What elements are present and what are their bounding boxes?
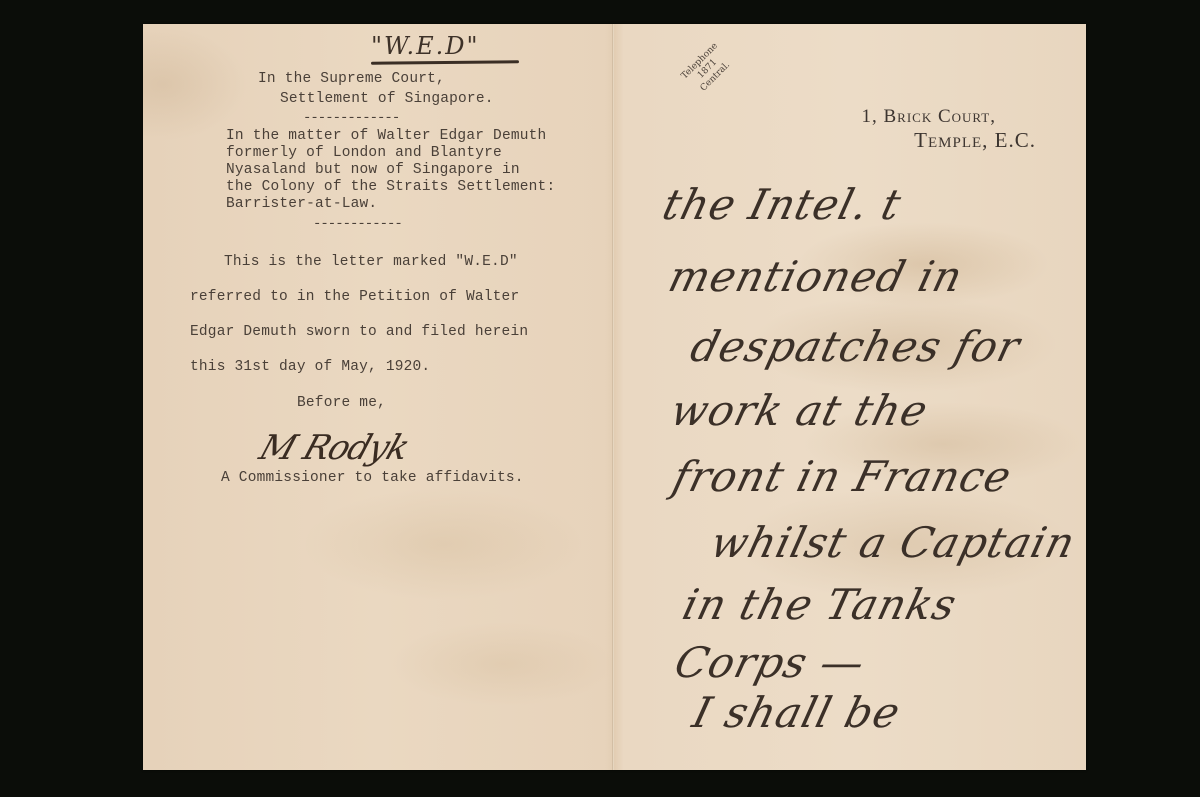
matter-line: the Colony of the Straits Settlement: — [226, 179, 555, 195]
commissioner-signature: M Rodyk — [255, 428, 414, 468]
before-me: Before me, — [297, 395, 386, 411]
court-line-1: In the Supreme Court, — [258, 71, 445, 87]
separator-top: ------------- — [303, 110, 399, 126]
letterhead-address: 1, Brick Court, Temple, E.C. — [861, 106, 1036, 153]
handwritten-line: I shall be — [688, 688, 906, 737]
body-line: This is the letter marked "W.E.D" — [224, 254, 518, 270]
separator-bottom: ------------ — [313, 216, 402, 232]
handwritten-line: mentioned in — [664, 252, 968, 301]
handwritten-line: Corps — — [670, 638, 871, 687]
handwritten-line: despatches for — [686, 322, 1026, 371]
body-line: this 31st day of May, 1920. — [190, 359, 430, 375]
matter-line: In the matter of Walter Edgar Demuth — [226, 128, 546, 144]
commissioner-line: A Commissioner to take affidavits. — [221, 470, 524, 486]
letter-sheet: "W.E.D" In the Supreme Court, Settlement… — [143, 24, 1086, 770]
handwritten-line: in the Tanks — [678, 580, 962, 629]
address-line-2: Temple, E.C. — [861, 128, 1036, 153]
letterhead-telephone: Telephone 1871 Central. — [668, 29, 748, 109]
exhibit-mark: "W.E.D" — [371, 32, 480, 60]
court-line-2: Settlement of Singapore. — [280, 91, 494, 107]
exhibit-mark-underline — [371, 60, 519, 65]
address-line-1: 1, Brick Court, — [861, 106, 996, 128]
handwritten-line: work at the — [666, 386, 933, 435]
matter-line: formerly of London and Blantyre — [226, 145, 502, 161]
document-viewer: "W.E.D" In the Supreme Court, Settlement… — [0, 0, 1200, 797]
matter-line: Barrister-at-Law. — [226, 196, 377, 212]
handwritten-line: front in France — [668, 452, 1017, 501]
right-page-handwritten-letter: Telephone 1871 Central. 1, Brick Court, … — [614, 24, 1086, 770]
handwritten-line: the Intel. t — [658, 180, 907, 229]
body-line: referred to in the Petition of Walter — [190, 289, 519, 305]
body-line: Edgar Demuth sworn to and filed herein — [190, 324, 528, 340]
left-page-court-certificate: "W.E.D" In the Supreme Court, Settlement… — [143, 24, 612, 770]
handwritten-line: whilst a Captain — [706, 518, 1081, 567]
matter-line: Nyasaland but now of Singapore in — [226, 162, 520, 178]
